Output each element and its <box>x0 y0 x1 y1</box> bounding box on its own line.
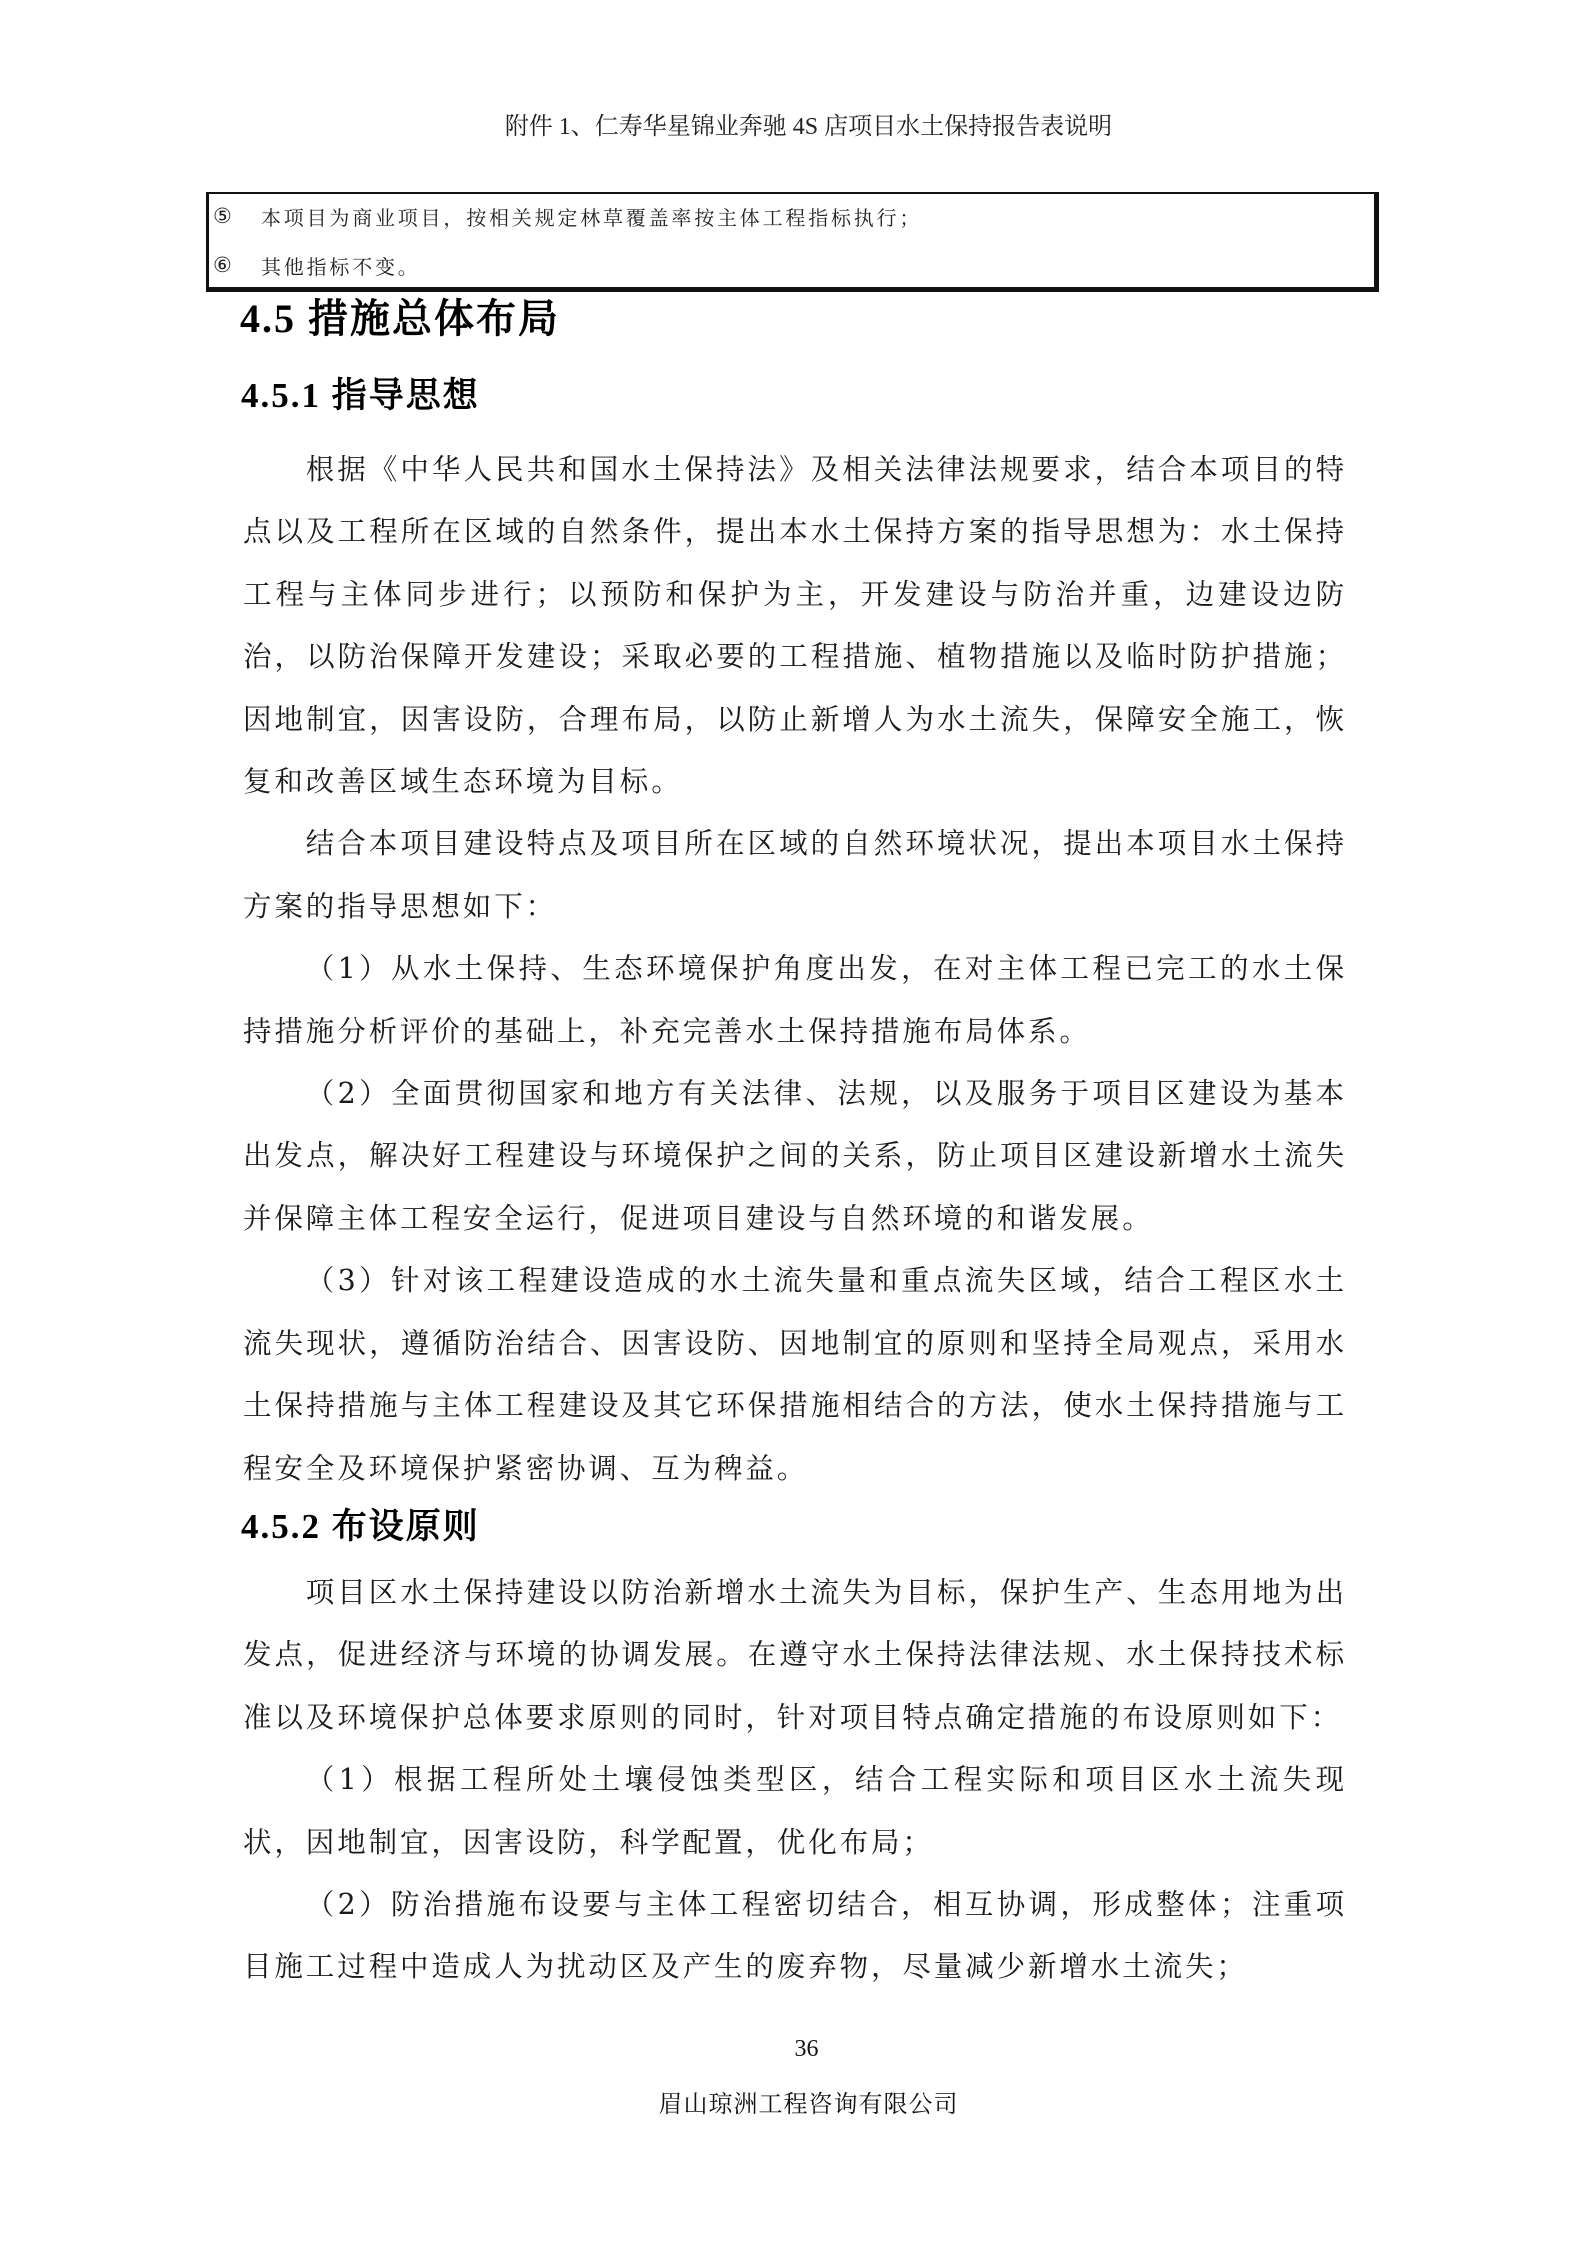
paragraph: （1）根据工程所处土壤侵蚀类型区，结合工程实际和项目区水土流失现状，因地制宜，因… <box>243 1749 1347 1874</box>
paragraph: （2）全面贯彻国家和地方有关法律、法规，以及服务于项目区建设为基本出发点，解决好… <box>243 1063 1347 1250</box>
page-number: 36 <box>0 2036 1587 2063</box>
section-4-5-1-body: 根据《中华人民共和国水土保持法》及相关法律法规要求，结合本项目的特点以及工程所在… <box>243 439 1347 1500</box>
note-item: ⑥ 其他指标不变。 <box>213 245 421 285</box>
section-heading-4-5-2: 4.5.2 布设原则 <box>241 1504 480 1550</box>
paragraph: （3）针对该工程建设造成的水土流失量和重点流失区域，结合工程区水土流失现状，遵循… <box>243 1250 1347 1500</box>
note-text: 本项目为商业项目，按相关规定林草覆盖率按主体工程指标执行； <box>261 202 922 231</box>
circled-number-5: ⑤ <box>213 204 261 229</box>
running-header: 附件 1、仁寿华星锦业奔驰 4S 店项目水土保持报告表说明 <box>0 110 1587 144</box>
paragraph: （2）防治措施布设要与主体工程密切结合，相互协调，形成整体；注重项目施工过程中造… <box>243 1874 1347 1999</box>
note-box: ⑤ 本项目为商业项目，按相关规定林草覆盖率按主体工程指标执行； ⑥ 其他指标不变… <box>206 192 1379 292</box>
paragraph: 根据《中华人民共和国水土保持法》及相关法律法规要求，结合本项目的特点以及工程所在… <box>243 439 1347 813</box>
paragraph: （1）从水土保持、生态环境保护角度出发，在对主体工程已完工的水土保持措施分析评价… <box>243 938 1347 1063</box>
section-heading-4-5: 4.5 措施总体布局 <box>240 294 560 344</box>
footer-company: 眉山琼洲工程咨询有限公司 <box>0 2084 1587 2119</box>
note-item: ⑤ 本项目为商业项目，按相关规定林草覆盖率按主体工程指标执行； <box>213 196 922 236</box>
section-4-5-2-body: 项目区水土保持建设以防治新增水土流失为目标，保护生产、生态用地为出发点，促进经济… <box>243 1562 1347 1999</box>
circled-number-6: ⑥ <box>213 253 261 278</box>
section-heading-4-5-1: 4.5.1 指导思想 <box>241 373 480 419</box>
paragraph: 结合本项目建设特点及项目所在区域的自然环境状况，提出本项目水土保持方案的指导思想… <box>243 813 1347 938</box>
note-text: 其他指标不变。 <box>261 251 421 280</box>
paragraph: 项目区水土保持建设以防治新增水土流失为目标，保护生产、生态用地为出发点，促进经济… <box>243 1562 1347 1749</box>
